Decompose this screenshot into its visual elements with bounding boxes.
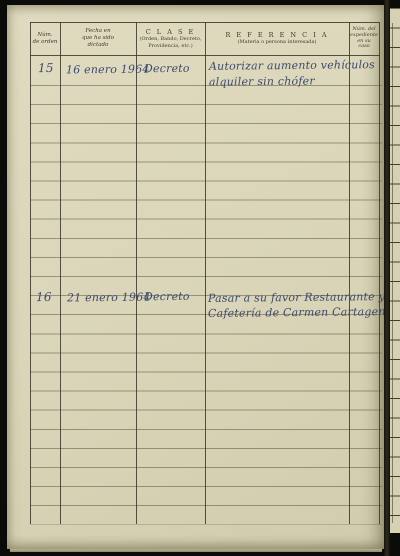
entry-num: 15 [38,61,54,75]
header-text: que ha sido [82,35,114,42]
header-num-expediente: Núm. del expediente en su caso [349,22,379,55]
entry-referencia-line2: alquiler sin chófer [209,74,315,88]
header-fecha: Fecha en que ha sido dictado [60,22,136,55]
adjacent-page-edge [390,8,400,533]
entry-referencia-line1: Autorizar aumento vehículos [209,58,375,73]
header-num-orden: Núm. de orden [30,22,60,55]
entry-fecha: 16 enero 1964 [66,63,150,77]
header-text: dictado [88,42,109,49]
table-right-border [379,22,380,524]
header-text: Fecha en [85,28,110,35]
entry-num: 16 [36,290,52,304]
photo-of-register-book: Núm. de orden Fecha en que ha sido dicta… [0,0,400,556]
column-divider [349,22,350,524]
header-text: Núm. [37,32,52,39]
entry-clase: Decreto [144,290,190,303]
entry-clase: Decreto [144,62,190,75]
entry-referencia-line2: Cafetería de Carmen Cartagena [208,305,392,320]
register-page: Núm. de orden Fecha en que ha sido dicta… [7,5,384,549]
header-text: (Materia o persona interesada) [238,39,317,45]
entry-referencia-line1: Pasar a su favor Restaurante y [208,290,385,305]
entry-fecha: 21 enero 1964 [67,291,151,305]
column-divider [136,22,137,524]
column-divider [205,22,206,524]
column-divider [60,22,61,524]
table-left-border [30,22,31,524]
header-text: Providencia, etc.) [148,43,192,49]
page-stack-edge [10,549,382,552]
adjacent-page-rule [392,23,393,523]
header-clase: C L A S E (Orden, Bando, Decreto, Provid… [136,22,205,55]
header-text: de orden [33,39,58,46]
header-referencia: R E F E R E N C I A (Materia o persona i… [205,22,349,55]
header-text: caso [358,44,369,50]
